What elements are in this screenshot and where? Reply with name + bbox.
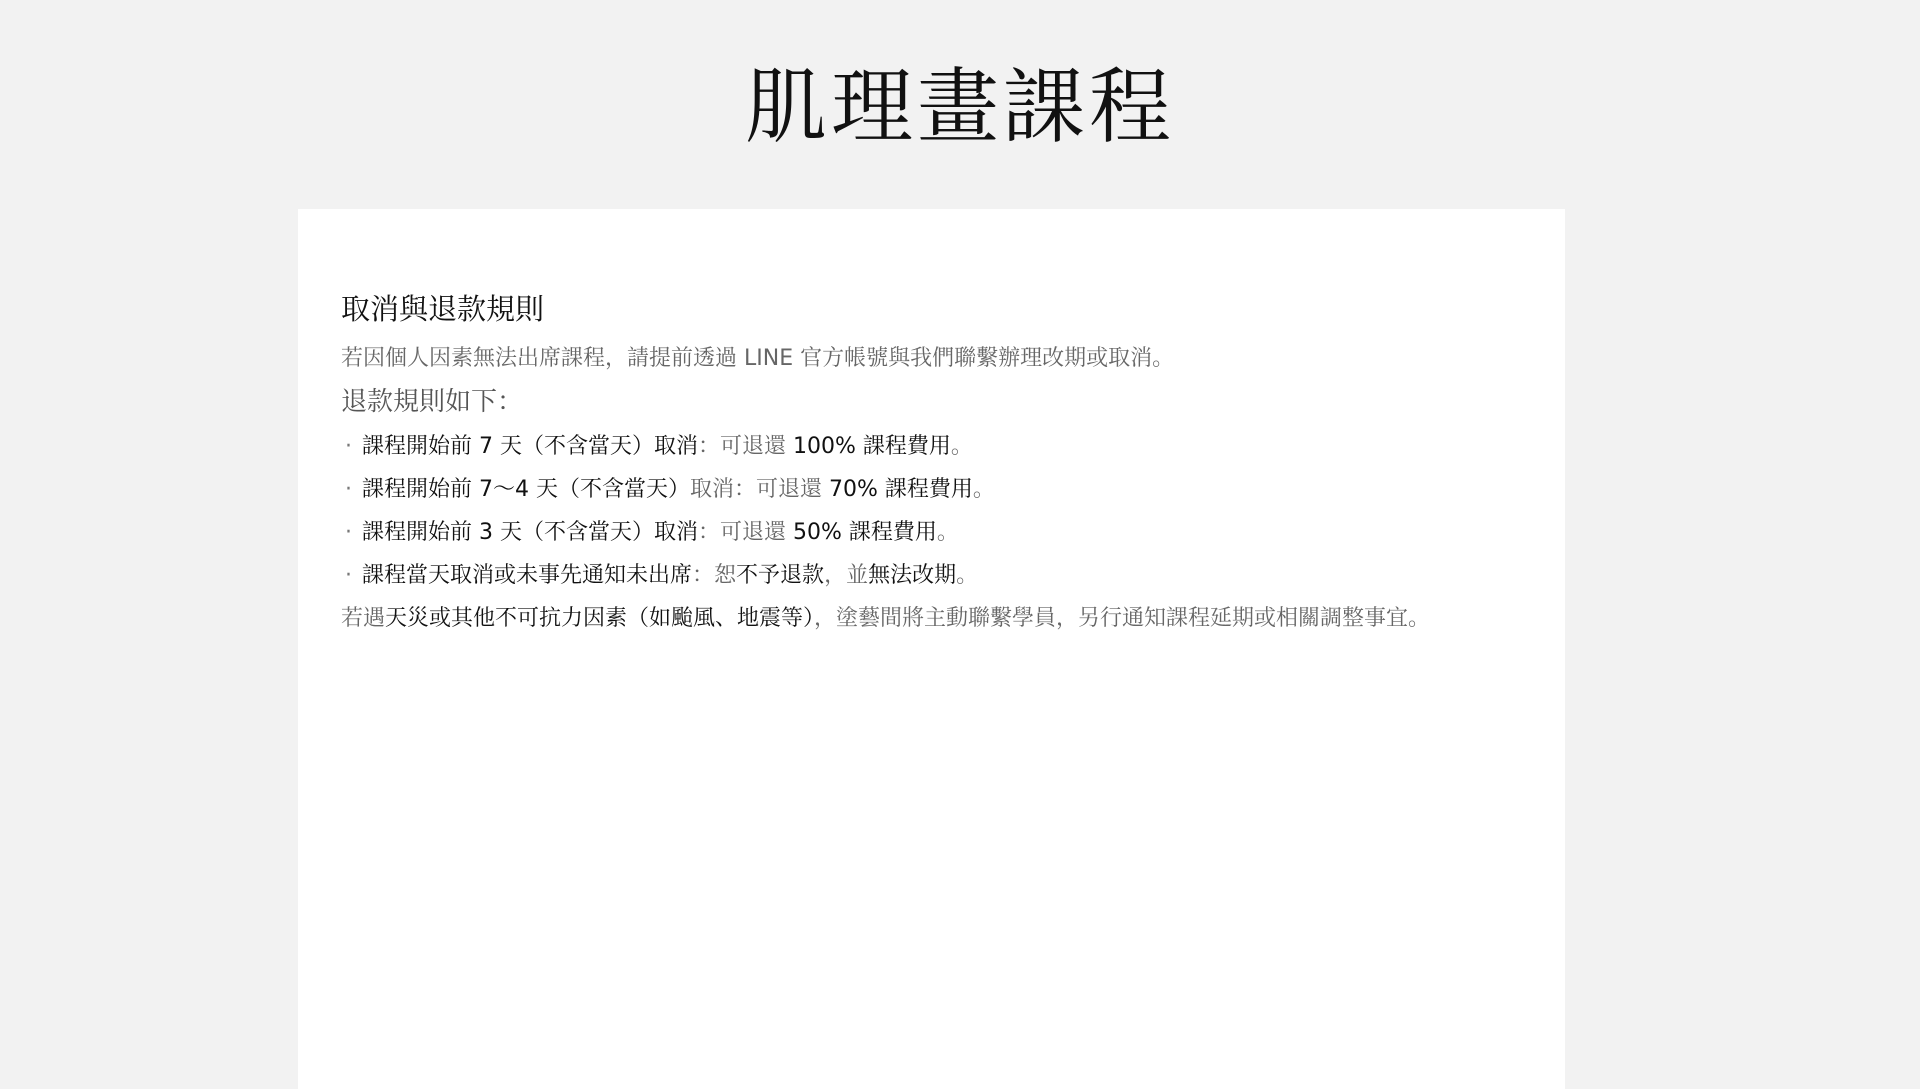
- section-heading: 取消與退款規則: [341, 289, 1561, 329]
- rule-end: 。: [937, 520, 959, 545]
- rule-separator-2: ，: [824, 563, 846, 588]
- note-main: 天災或其他不可抗力因素（如颱風、地震等）: [385, 606, 814, 631]
- rule-item: ·課程開始前 3 天（不含當天）取消：可退還 50% 課程費用。: [341, 511, 1561, 554]
- rule-part2-muted: 並: [846, 563, 868, 588]
- rule-end: 。: [951, 434, 973, 459]
- rule-item: ·課程開始前 7 天（不含當天）取消：可退還 100% 課程費用。: [341, 425, 1561, 468]
- rule-end: 。: [956, 563, 978, 588]
- bullet-icon: ·: [345, 563, 352, 588]
- rule-refund-label: 可退還: [720, 434, 793, 459]
- rule-result: 100% 課程費用: [793, 434, 951, 459]
- rule-part2: 無法改期: [868, 563, 956, 588]
- rule-result: 50% 課程費用: [793, 520, 937, 545]
- rule-separator: ：: [734, 477, 756, 502]
- rule-condition: 課程開始前 7～4 天（不含當天）: [362, 477, 690, 502]
- content-card: 取消與退款規則 若因個人因素無法出席課程，請提前透過 LINE 官方帳號與我們聯…: [298, 209, 1565, 1080]
- rule-part1-muted: 恕: [714, 563, 736, 588]
- page-title: 肌理畫課程: [0, 58, 1920, 158]
- rule-separator: ：: [698, 520, 720, 545]
- rule-separator: ：: [698, 434, 720, 459]
- policy-section: 取消與退款規則 若因個人因素無法出席課程，請提前透過 LINE 官方帳號與我們聯…: [341, 289, 1561, 640]
- rule-condition: 課程開始前 7 天（不含當天）取消: [362, 434, 698, 459]
- bullet-icon: ·: [345, 477, 352, 502]
- note-prefix: 若遇: [341, 606, 385, 631]
- rule-refund-label: 可退還: [756, 477, 829, 502]
- bullet-icon: ·: [345, 520, 352, 545]
- note-rest: ，塗藝間將主動聯繫學員，另行通知課程延期或相關調整事宜。: [814, 606, 1430, 631]
- rule-result: 70% 課程費用: [829, 477, 973, 502]
- rule-condition-muted: 取消: [690, 477, 734, 502]
- rule-item: ·課程當天取消或未事先通知未出席：恕不予退款，並無法改期。: [341, 554, 1561, 597]
- rule-refund-label: 可退還: [720, 520, 793, 545]
- rule-part1: 不予退款: [736, 563, 824, 588]
- policy-intro: 若因個人因素無法出席課程，請提前透過 LINE 官方帳號與我們聯繫辦理改期或取消…: [341, 339, 1561, 379]
- rule-condition: 課程開始前 3 天（不含當天）取消: [362, 520, 698, 545]
- rule-item: ·課程開始前 7～4 天（不含當天）取消：可退還 70% 課程費用。: [341, 468, 1561, 511]
- force-majeure-note: 若遇天災或其他不可抗力因素（如颱風、地震等），塗藝間將主動聯繫學員，另行通知課程…: [341, 597, 1561, 640]
- rule-end: 。: [973, 477, 995, 502]
- bullet-icon: ·: [345, 434, 352, 459]
- rule-separator: ：: [692, 563, 714, 588]
- rules-heading: 退款規則如下：: [341, 379, 1561, 425]
- rule-condition: 課程當天取消或未事先通知未出席: [362, 563, 692, 588]
